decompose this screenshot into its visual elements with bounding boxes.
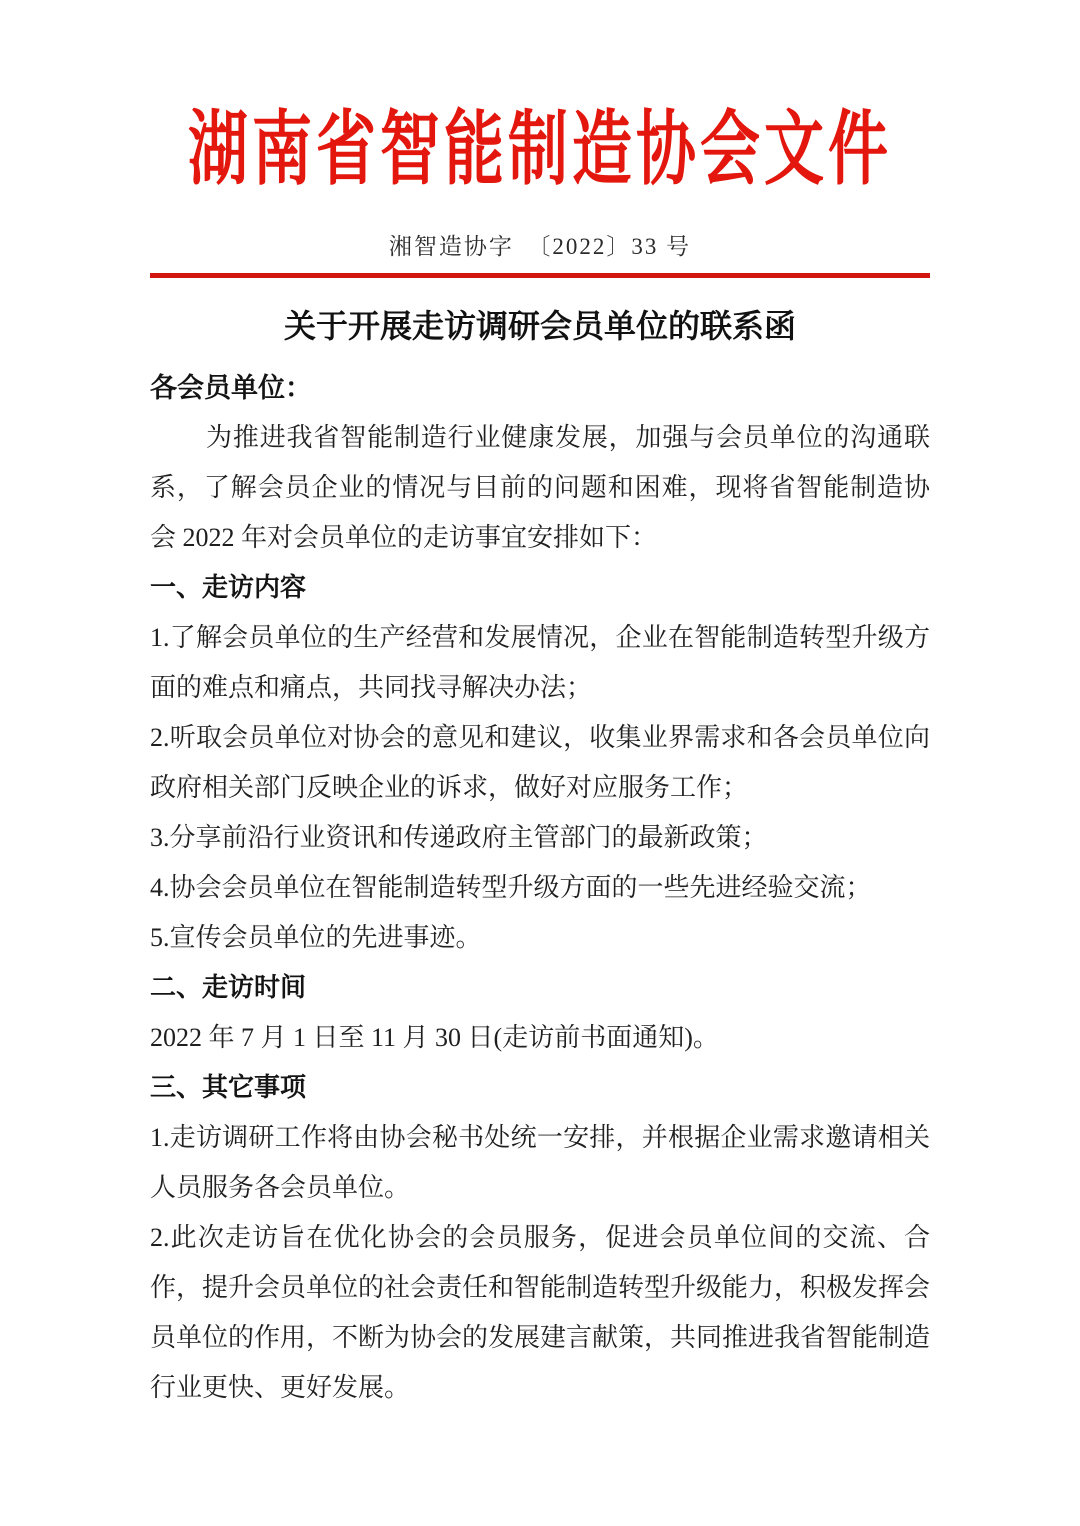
body-line: 系，了解会员企业的情况与目前的问题和困难，现将省智能制造协 bbox=[150, 463, 930, 513]
letterhead: 湖南省智能制造协会文件 bbox=[150, 95, 930, 205]
body-line: 会 2022 年对会员单位的走访事宜安排如下： bbox=[150, 513, 930, 563]
body-line: 5.宣传会员单位的先进事迹。 bbox=[150, 913, 930, 963]
section-heading: 一、走访内容 bbox=[150, 563, 930, 613]
document-body: 各会员单位： 为推进我省智能制造行业健康发展，加强与会员单位的沟通联 系，了解会… bbox=[150, 363, 930, 1413]
salutation: 各会员单位： bbox=[150, 363, 930, 413]
document-page: 湖南省智能制造协会文件 湘智造协字 〔2022〕33 号 关于开展走访调研会员单… bbox=[0, 0, 1080, 1526]
body-line: 1.了解会员单位的生产经营和发展情况，企业在智能制造转型升级方 bbox=[150, 613, 930, 663]
body-line: 1.走访调研工作将由协会秘书处统一安排，并根据企业需求邀请相关 bbox=[150, 1113, 930, 1163]
body-line: 行业更快、更好发展。 bbox=[150, 1363, 930, 1413]
body-line: 4.协会会员单位在智能制造转型升级方面的一些先进经验交流； bbox=[150, 863, 930, 913]
body-line: 人员服务各会员单位。 bbox=[150, 1163, 930, 1213]
section-heading: 二、走访时间 bbox=[150, 963, 930, 1013]
red-divider-line bbox=[150, 273, 930, 278]
body-line: 作，提升会员单位的社会责任和智能制造转型升级能力，积极发挥会 bbox=[150, 1263, 930, 1313]
letterhead-title: 湖南省智能制造协会文件 bbox=[188, 110, 892, 191]
section-heading: 三、其它事项 bbox=[150, 1063, 930, 1113]
body-line: 员单位的作用，不断为协会的发展建言献策，共同推进我省智能制造 bbox=[150, 1313, 930, 1363]
body-line: 2022 年 7 月 1 日至 11 月 30 日(走访前书面通知)。 bbox=[150, 1013, 930, 1063]
body-line: 3.分享前沿行业资讯和传递政府主管部门的最新政策； bbox=[150, 813, 930, 863]
doc-number: 湘智造协字 〔2022〕33 号 bbox=[0, 233, 1080, 261]
body-line: 2.听取会员单位对协会的意见和建议，收集业界需求和各会员单位向 bbox=[150, 713, 930, 763]
document-title: 关于开展走访调研会员单位的联系函 bbox=[150, 305, 930, 347]
body-line: 政府相关部门反映企业的诉求，做好对应服务工作； bbox=[150, 763, 930, 813]
body-line: 面的难点和痛点，共同找寻解决办法； bbox=[150, 663, 930, 713]
body-line: 为推进我省智能制造行业健康发展，加强与会员单位的沟通联 bbox=[150, 413, 930, 463]
body-line: 2.此次走访旨在优化协会的会员服务，促进会员单位间的交流、合 bbox=[150, 1213, 930, 1263]
